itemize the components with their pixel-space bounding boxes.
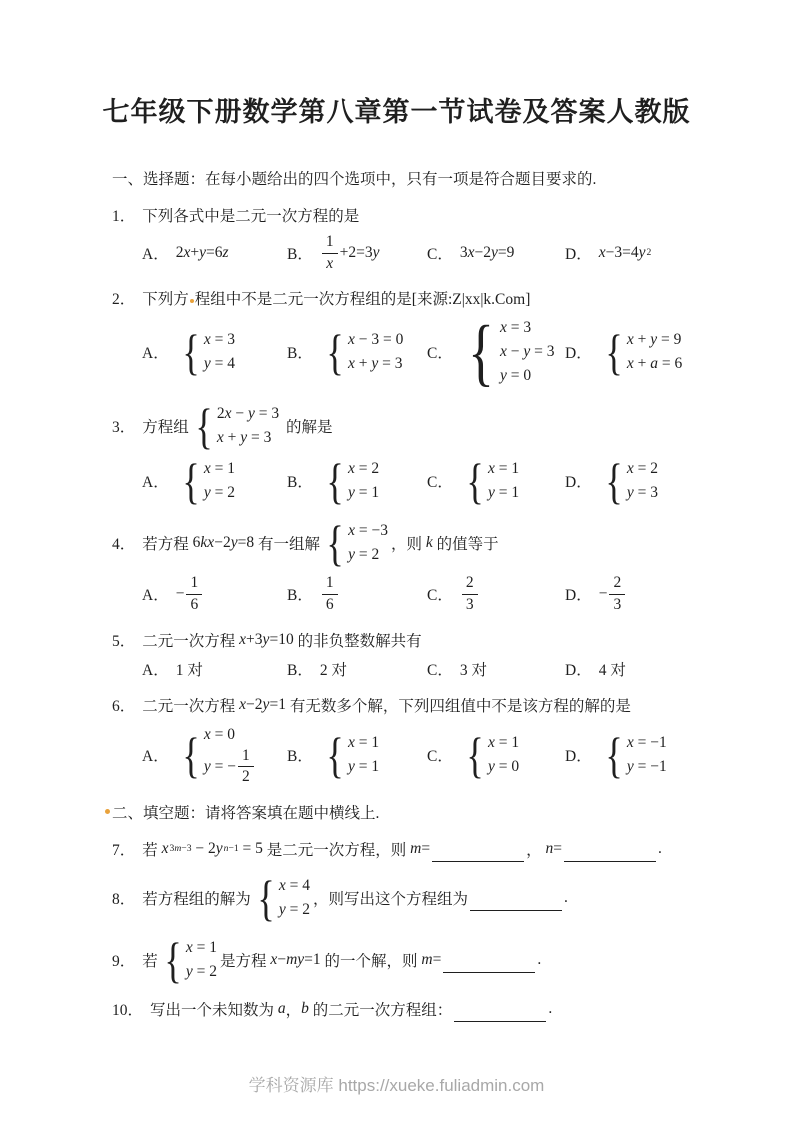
question-number: 3．: [112, 415, 135, 437]
text-run: 下列方: [142, 287, 189, 309]
question-number: 4．: [112, 532, 135, 554]
math-text: x + y = 3: [217, 426, 272, 450]
option-label: B．: [287, 242, 313, 264]
equation-row: y = 1: [348, 481, 379, 505]
math-text: x − y = 3: [500, 340, 555, 364]
math-text: −: [599, 585, 608, 603]
artifact-dot-icon: [190, 299, 194, 303]
fraction: 16: [322, 574, 338, 614]
option-D: D．4 对: [565, 658, 793, 680]
math-text: y = −1: [627, 755, 667, 779]
question-text: 若方程 6kx−2y=8 有一组解{x = −3y = 2，则 k 的值等于: [142, 519, 498, 567]
left-brace-icon: {: [326, 458, 343, 504]
question-number: 9．: [112, 949, 135, 971]
test-content: 一、选择题：在每小题给出的四个选项中，只有一项是符合题目要求的.1．下列各式中是…: [0, 167, 793, 1020]
math-text: 1: [242, 747, 250, 764]
left-brace-icon: {: [164, 937, 181, 983]
question-2: 2．下列方程组中不是二元一次方程组的是[来源:Z|xx|k.Com]A．{x =…: [112, 287, 793, 388]
option-content: 16: [320, 574, 340, 614]
equation-row: y = 2: [186, 960, 217, 984]
question-stem: 2．下列方程组中不是二元一次方程组的是[来源:Z|xx|k.Com]: [112, 287, 793, 309]
equation-rows: x = 1y = 2: [186, 936, 217, 984]
answer-blank: [432, 845, 524, 862]
equation-rows: x − 3 = 0x + y = 3: [348, 328, 403, 376]
equation-row: x = 4: [279, 874, 310, 898]
option-label: A．: [142, 470, 169, 492]
equation-rows: x = 2y = 3: [627, 457, 658, 505]
options-row: A．{x = 3y = 4B．{x − 3 = 0x + y = 3C．{x =…: [142, 316, 793, 388]
option-label: A．: [142, 583, 169, 605]
text-run: .: [548, 1000, 552, 1018]
math-text: y = −: [204, 755, 236, 779]
math-text: y = 2: [204, 481, 235, 505]
equation-system: {x = 4y = 2: [254, 874, 310, 922]
left-brace-icon: {: [182, 458, 199, 504]
text-run: .: [564, 889, 568, 907]
equation-system: {x = 1y = 0: [463, 731, 519, 779]
equation-row: x = 1: [186, 936, 217, 960]
equation-row: x = −1: [627, 731, 667, 755]
equation-rows: x = 1y = 1: [348, 731, 379, 779]
math-text: x + y = 9: [627, 328, 682, 352]
option-B: B．1x+2=3y: [287, 233, 427, 273]
option-content: {x + y = 9x + a = 6: [599, 328, 686, 376]
answer-blank: [443, 957, 535, 974]
equation-system: {x = 1y = 1: [463, 457, 519, 505]
equation-row: x = 3: [204, 328, 235, 352]
math-text: 3: [466, 596, 474, 613]
math-text: x − 3 = 0: [348, 328, 403, 352]
question-text: 下列各式中是二元一次方程的是: [142, 204, 359, 226]
fraction: 12: [238, 747, 254, 787]
math-text: y = 2: [279, 898, 310, 922]
left-brace-icon: {: [326, 732, 343, 778]
equation-rows: x = −1y = −1: [627, 731, 667, 779]
options-row: A．{x = 0y = −12B．{x = 1y = 1C．{x = 1y = …: [142, 723, 793, 787]
math-text: 1: [326, 574, 334, 591]
question-text: 二元一次方程 x−2y=1 有无数多个解，下列四组值中不是该方程的解的是: [142, 694, 631, 716]
option-C: C．3 对: [427, 658, 565, 680]
equation-system: {x + y = 9x + a = 6: [602, 328, 683, 376]
section-1: 一、选择题：在每小题给出的四个选项中，只有一项是符合题目要求的.1．下列各式中是…: [0, 167, 793, 787]
equation-rows: x = 4y = 2: [279, 874, 310, 922]
fraction: 23: [462, 574, 478, 614]
option-B: B．16: [287, 574, 427, 614]
math-text: m=: [410, 840, 430, 858]
text-run: 2 对: [320, 658, 347, 680]
option-B: B．{x − 3 = 0x + y = 3: [287, 328, 427, 376]
equation-row: x − y = 3: [500, 340, 555, 364]
left-brace-icon: {: [195, 403, 212, 449]
text-run: 写出一个未知数为: [150, 998, 278, 1020]
section-heading: 一、选择题：在每小题给出的四个选项中，只有一项是符合题目要求的.: [112, 167, 793, 189]
equation-system: {x = 3y = 4: [179, 328, 235, 376]
equation-row: 2x − y = 3: [217, 402, 279, 426]
text-run: 是二元一次方程，则: [263, 838, 410, 860]
options-row: A．−16B．16C．23D．−23: [142, 574, 793, 614]
math-text: x = 2: [348, 457, 379, 481]
math-text: y = 4: [204, 352, 235, 376]
equation-row: y = 0: [500, 364, 555, 388]
question-stem: 5．二元一次方程 x+3y=10 的非负整数解共有: [112, 629, 793, 651]
math-text: m=: [421, 951, 441, 969]
math-text: y = 0: [500, 364, 531, 388]
left-brace-icon: {: [605, 329, 622, 375]
answer-blank: [454, 1006, 546, 1023]
option-label: C．: [427, 242, 453, 264]
math-text: 1: [190, 574, 198, 591]
answer-blank: [470, 894, 562, 911]
option-A: A．2x+y=6z: [142, 242, 287, 264]
math-text: x = 4: [279, 874, 310, 898]
artifact-dot-icon: [105, 809, 110, 814]
equation-system: {x = 1y = 2: [179, 457, 235, 505]
question-4: 4．若方程 6kx−2y=8 有一组解{x = −3y = 2，则 k 的值等于…: [112, 519, 793, 614]
question-number: 7．: [112, 838, 135, 860]
math-text: x = −1: [627, 731, 667, 755]
option-A: A．{x = 1y = 2: [142, 457, 287, 505]
math-text: 2x+y=6z: [176, 244, 229, 262]
text-run: 若方程: [142, 532, 192, 554]
option-content: x−3=4y2: [599, 244, 652, 262]
left-brace-icon: {: [468, 318, 494, 387]
option-A: A．{x = 0y = −12: [142, 723, 287, 787]
section-2: 二、填空题：请将答案填在题中横线上.7．若 x3m−3 − 2yn−1 = 5 …: [0, 801, 793, 1020]
options-row: A．{x = 1y = 2B．{x = 2y = 1C．{x = 1y = 1D…: [142, 457, 793, 505]
question-text: 若{x = 1y = 2是方程 x−my=1 的一个解，则 m=.: [142, 936, 541, 984]
equation-system: {x = 1y = 2: [161, 936, 217, 984]
equation-row: y = 1: [488, 481, 519, 505]
math-text: 6: [190, 596, 198, 613]
equation-row: x = 0: [204, 723, 256, 747]
option-label: A．: [142, 658, 169, 680]
equation-row: x + a = 6: [627, 352, 682, 376]
math-text: x = 3: [204, 328, 235, 352]
math-text: 1: [326, 233, 334, 250]
option-C: C．{x = 3x − y = 3y = 0: [427, 316, 565, 388]
text-run: 的一个解，则: [321, 949, 422, 971]
option-content: {x = 1y = 2: [176, 457, 238, 505]
math-text: +2=3y: [340, 244, 380, 262]
math-text: 2: [466, 574, 474, 591]
footer: 学科资源库 https://xueke.fuliadmin.com: [0, 1071, 793, 1096]
equation-system: {2x − y = 3x + y = 3: [192, 402, 279, 450]
option-content: −16: [176, 574, 205, 614]
option-label: D．: [565, 744, 592, 766]
option-label: B．: [287, 583, 313, 605]
question-9: 9．若{x = 1y = 2是方程 x−my=1 的一个解，则 m=.: [112, 936, 793, 984]
left-brace-icon: {: [182, 329, 199, 375]
math-text: y = 1: [348, 481, 379, 505]
option-label: D．: [565, 583, 592, 605]
question-text: 写出一个未知数为 a，b 的二元一次方程组：.: [150, 998, 552, 1020]
equation-row: x = 2: [348, 457, 379, 481]
text-run: 若方程组的解为: [142, 887, 251, 909]
math-text: n=: [546, 840, 563, 858]
math-text: x + y = 3: [348, 352, 403, 376]
option-content: −23: [599, 574, 628, 614]
question-7: 7．若 x3m−3 − 2yn−1 = 5 是二元一次方程，则 m=， n=.: [112, 838, 793, 860]
text-run: 方程组: [142, 415, 189, 437]
option-A: A．{x = 3y = 4: [142, 328, 287, 376]
math-text: y = 2: [348, 543, 379, 567]
option-content: 23: [460, 574, 480, 614]
option-D: D．{x + y = 9x + a = 6: [565, 328, 793, 376]
equation-rows: x = 1y = 1: [488, 457, 519, 505]
fraction: 1x: [322, 233, 338, 273]
math-text: x = 1: [204, 457, 235, 481]
equation-rows: x = 0y = −12: [204, 723, 256, 787]
option-A: A．1 对: [142, 658, 287, 680]
math-text: x = 0: [204, 723, 235, 747]
option-content: 3x−2y=9: [460, 244, 515, 262]
math-text: x = 1: [186, 936, 217, 960]
option-label: D．: [565, 242, 592, 264]
option-D: D．{x = 2y = 3: [565, 457, 793, 505]
question-text: 二元一次方程 x+3y=10 的非负整数解共有: [142, 629, 421, 651]
option-C: C．{x = 1y = 0: [427, 731, 565, 779]
fraction-denominator: 2: [238, 767, 254, 787]
math-text: 2: [646, 247, 651, 258]
question-10: 10．写出一个未知数为 a，b 的二元一次方程组：.: [112, 998, 793, 1020]
options-row: A．2x+y=6zB．1x+2=3yC．3x−2y=9D．x−3=4y2: [142, 233, 793, 273]
option-content: {x = 3x − y = 3y = 0: [460, 316, 558, 388]
fraction-numerator: 1: [238, 747, 254, 768]
option-label: B．: [287, 744, 313, 766]
option-label: C．: [427, 470, 453, 492]
equation-row: x = 1: [488, 731, 519, 755]
math-text: 2: [242, 768, 250, 785]
option-label: D．: [565, 341, 592, 363]
question-3: 3．方程组{2x − y = 3x + y = 3 的解是A．{x = 1y =…: [112, 402, 793, 505]
math-text: 3x−2y=9: [460, 244, 515, 262]
question-number: 8．: [112, 887, 135, 909]
fraction-denominator: 6: [186, 595, 202, 615]
text-run: ，则: [391, 532, 426, 554]
option-C: C．3x−2y=9: [427, 242, 565, 264]
equation-rows: x + y = 9x + a = 6: [627, 328, 682, 376]
math-text: x: [162, 840, 169, 858]
option-label: C．: [427, 658, 453, 680]
option-D: D．x−3=4y2: [565, 242, 793, 264]
option-C: C．23: [427, 574, 565, 614]
option-D: D．{x = −1y = −1: [565, 731, 793, 779]
text-run: 是方程: [220, 949, 270, 971]
equation-rows: x = 1y = 2: [204, 457, 235, 505]
question-1: 1．下列各式中是二元一次方程的是A．2x+y=6zB．1x+2=3yC．3x−2…: [112, 204, 793, 273]
math-text: x−my=1: [270, 951, 320, 969]
option-D: D．−23: [565, 574, 793, 614]
math-text: x−3=4y: [599, 244, 646, 262]
equation-row: x + y = 3: [348, 352, 403, 376]
math-text: y = 1: [348, 755, 379, 779]
math-text: x+3y=10: [239, 631, 294, 649]
math-text: x = 2: [627, 457, 658, 481]
math-text: x = 1: [488, 457, 519, 481]
equation-row: x + y = 3: [217, 426, 279, 450]
question-text: 若方程组的解为{x = 4y = 2，则写出这个方程组为.: [142, 874, 568, 922]
fraction: 16: [186, 574, 202, 614]
left-brace-icon: {: [326, 520, 343, 566]
fraction: 23: [609, 574, 625, 614]
equation-row: y = 2: [204, 481, 235, 505]
question-number: 1．: [112, 204, 135, 226]
option-label: A．: [142, 242, 169, 264]
equation-row: y = 2: [348, 543, 388, 567]
question-stem: 3．方程组{2x − y = 3x + y = 3 的解是: [112, 402, 793, 450]
equation-system: {x = 3x − y = 3y = 0: [463, 316, 555, 388]
math-text: x = 1: [348, 731, 379, 755]
fraction-denominator: x: [322, 254, 337, 274]
math-text: = 5: [239, 840, 263, 858]
math-text: x = 1: [488, 731, 519, 755]
left-brace-icon: {: [257, 875, 274, 921]
option-content: 1x+2=3y: [320, 233, 380, 273]
math-text: −: [176, 585, 185, 603]
question-8: 8．若方程组的解为{x = 4y = 2，则写出这个方程组为.: [112, 874, 793, 922]
fraction-numerator: 1: [186, 574, 202, 595]
left-brace-icon: {: [466, 458, 483, 504]
fraction-numerator: 1: [322, 233, 338, 254]
fraction-numerator: 1: [322, 574, 338, 595]
left-brace-icon: {: [605, 732, 622, 778]
math-text: a: [278, 1000, 286, 1018]
left-brace-icon: {: [326, 329, 343, 375]
question-6: 6．二元一次方程 x−2y=1 有无数多个解，下列四组值中不是该方程的解的是A．…: [112, 694, 793, 787]
equation-rows: x = 2y = 1: [348, 457, 379, 505]
option-content: {x = 0y = −12: [176, 723, 259, 787]
option-content: {x = 1y = 1: [460, 457, 522, 505]
option-content: {x = 2y = 3: [599, 457, 661, 505]
equation-rows: x = 3y = 4: [204, 328, 235, 376]
equation-system: {x = −1y = −1: [602, 731, 667, 779]
equation-row: y = 2: [279, 898, 310, 922]
left-brace-icon: {: [466, 732, 483, 778]
question-number: 10．: [112, 998, 143, 1020]
fraction-denominator: 6: [322, 595, 338, 615]
question-stem: 6．二元一次方程 x−2y=1 有无数多个解，下列四组值中不是该方程的解的是: [112, 694, 793, 716]
option-content: {x = 1y = 1: [320, 731, 382, 779]
question-stem: 8．若方程组的解为{x = 4y = 2，则写出这个方程组为.: [112, 874, 793, 922]
option-content: {x = 1y = 0: [460, 731, 522, 779]
question-text: 方程组{2x − y = 3x + y = 3 的解是: [142, 402, 332, 450]
math-text: 6: [326, 596, 334, 613]
option-content: 2 对: [320, 658, 347, 680]
text-run: ，: [286, 998, 302, 1020]
equation-rows: x = −3y = 2: [348, 519, 388, 567]
math-text: y = 2: [186, 960, 217, 984]
math-text: x = 3: [500, 316, 531, 340]
fraction-denominator: 3: [462, 595, 478, 615]
option-A: A．−16: [142, 574, 287, 614]
option-content: 1 对: [176, 658, 203, 680]
math-text: n−1: [224, 843, 239, 854]
math-text: x = −3: [348, 519, 388, 543]
answer-blank: [564, 845, 656, 862]
math-text: y = 3: [627, 481, 658, 505]
option-content: 4 对: [599, 658, 626, 680]
equation-row: x = 3: [500, 316, 555, 340]
equation-row: x = 1: [204, 457, 235, 481]
equation-system: {x = 2y = 1: [323, 457, 379, 505]
math-text: 2x − y = 3: [217, 402, 279, 426]
text-run: 的解是: [282, 415, 332, 437]
options-row: A．1 对B．2 对C．3 对D．4 对: [142, 658, 793, 680]
text-run: 的非负整数解共有: [294, 629, 422, 651]
math-text: − 2y: [192, 840, 223, 858]
option-content: {x = 3y = 4: [176, 328, 238, 376]
question-text: 下列方程组中不是二元一次方程组的是[来源:Z|xx|k.Com]: [142, 287, 530, 309]
math-text: y = 1: [488, 481, 519, 505]
question-5: 5．二元一次方程 x+3y=10 的非负整数解共有A．1 对B．2 对C．3 对…: [112, 629, 793, 680]
math-text: 6kx−2y=8: [193, 534, 254, 552]
text-run: ，则写出这个方程组为: [313, 887, 468, 909]
text-run: 若: [142, 838, 161, 860]
text-run: 3 对: [460, 658, 487, 680]
text-run: 有一组解: [254, 532, 320, 554]
option-B: B．2 对: [287, 658, 427, 680]
equation-row: x = 1: [348, 731, 379, 755]
equation-system: {x = −3y = 2: [323, 519, 388, 567]
option-label: A．: [142, 341, 169, 363]
equation-row: x − 3 = 0: [348, 328, 403, 352]
option-label: A．: [142, 744, 169, 766]
equation-row: x + y = 9: [627, 328, 682, 352]
math-text: y = 0: [488, 755, 519, 779]
text-run: 的二元一次方程组：: [309, 998, 452, 1020]
option-B: B．{x = 2y = 1: [287, 457, 427, 505]
text-run: 1 对: [176, 658, 203, 680]
math-text: 3: [613, 596, 621, 613]
fraction-numerator: 2: [462, 574, 478, 595]
equation-row: y = 3: [627, 481, 658, 505]
equation-system: {x = 1y = 1: [323, 731, 379, 779]
section-heading-text: 一、选择题：在每小题给出的四个选项中，只有一项是符合题目要求的.: [112, 167, 596, 189]
equation-row: y = −1: [627, 755, 667, 779]
section-heading: 二、填空题：请将答案填在题中横线上.: [112, 801, 793, 823]
question-number: 2．: [112, 287, 135, 309]
equation-row: x = 1: [488, 457, 519, 481]
option-label: B．: [287, 658, 313, 680]
question-stem: 7．若 x3m−3 − 2yn−1 = 5 是二元一次方程，则 m=， n=.: [112, 838, 793, 860]
document-page: 七年级下册数学第八章第一节试卷及答案人教版 一、选择题：在每小题给出的四个选项中…: [0, 0, 793, 1122]
math-text: 2: [613, 574, 621, 591]
question-stem: 4．若方程 6kx−2y=8 有一组解{x = −3y = 2，则 k 的值等于: [112, 519, 793, 567]
question-stem: 10．写出一个未知数为 a，b 的二元一次方程组：.: [112, 998, 793, 1020]
question-stem: 9．若{x = 1y = 2是方程 x−my=1 的一个解，则 m=.: [112, 936, 793, 984]
question-text: 若 x3m−3 − 2yn−1 = 5 是二元一次方程，则 m=， n=.: [142, 838, 662, 860]
equation-system: {x − 3 = 0x + y = 3: [323, 328, 404, 376]
math-text: k: [426, 534, 433, 552]
equation-rows: x = 1y = 0: [488, 731, 519, 779]
text-run: .: [537, 951, 541, 969]
question-number: 6．: [112, 694, 135, 716]
option-content: 3 对: [460, 658, 487, 680]
option-label: C．: [427, 744, 453, 766]
equation-rows: 2x − y = 3x + y = 3: [217, 402, 279, 450]
math-text: x: [326, 255, 333, 272]
left-brace-icon: {: [182, 732, 199, 778]
option-label: B．: [287, 470, 313, 492]
equation-row: y = 4: [204, 352, 235, 376]
text-run: 4 对: [599, 658, 626, 680]
equation-rows: x = 3x − y = 3y = 0: [500, 316, 555, 388]
option-content: 2x+y=6z: [176, 244, 229, 262]
text-run: ，: [526, 838, 545, 860]
question-stem: 1．下列各式中是二元一次方程的是: [112, 204, 793, 226]
equation-system: {x = 2y = 3: [602, 457, 658, 505]
math-text: 3m−3: [170, 843, 192, 854]
